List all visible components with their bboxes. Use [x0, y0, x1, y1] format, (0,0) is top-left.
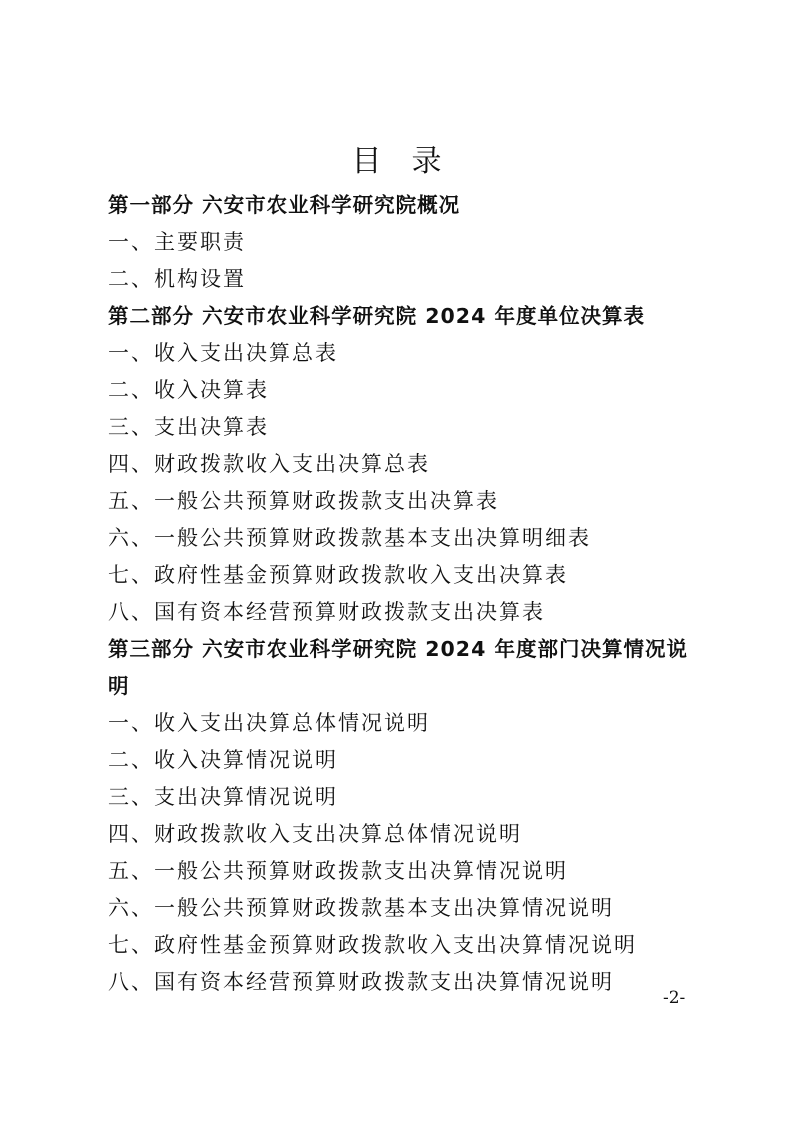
toc-item[interactable]: 一、收入支出决算总表 [108, 335, 698, 372]
toc-item[interactable]: 六、一般公共预算财政拨款基本支出决算情况说明 [108, 890, 698, 927]
table-of-contents: 第一部分 六安市农业科学研究院概况 一、主要职责 二、机构设置 第二部分 六安市… [108, 187, 698, 1001]
toc-item[interactable]: 四、财政拨款收入支出决算总表 [108, 446, 698, 483]
page-title: 目录 [0, 140, 793, 184]
toc-heading-part1[interactable]: 第一部分 六安市农业科学研究院概况 [108, 187, 698, 224]
toc-item[interactable]: 五、一般公共预算财政拨款支出决算情况说明 [108, 853, 698, 890]
toc-heading-part2[interactable]: 第二部分 六安市农业科学研究院 2024 年度单位决算表 [108, 298, 698, 335]
toc-heading-part3[interactable]: 第三部分 六安市农业科学研究院 2024 年度部门决算情况说明 [108, 631, 698, 705]
toc-item[interactable]: 七、政府性基金预算财政拨款收入支出决算情况说明 [108, 927, 698, 964]
toc-item[interactable]: 三、支出决算情况说明 [108, 779, 698, 816]
toc-item[interactable]: 五、一般公共预算财政拨款支出决算表 [108, 483, 698, 520]
toc-item[interactable]: 七、政府性基金预算财政拨款收入支出决算表 [108, 557, 698, 594]
toc-item[interactable]: 八、国有资本经营预算财政拨款支出决算情况说明 [108, 964, 698, 1001]
toc-item[interactable]: 六、一般公共预算财政拨款基本支出决算明细表 [108, 520, 698, 557]
toc-item[interactable]: 二、机构设置 [108, 261, 698, 298]
toc-item[interactable]: 一、收入支出决算总体情况说明 [108, 705, 698, 742]
toc-item[interactable]: 一、主要职责 [108, 224, 698, 261]
toc-item[interactable]: 二、收入决算表 [108, 372, 698, 409]
toc-item[interactable]: 四、财政拨款收入支出决算总体情况说明 [108, 816, 698, 853]
toc-item[interactable]: 二、收入决算情况说明 [108, 742, 698, 779]
toc-item[interactable]: 八、国有资本经营预算财政拨款支出决算表 [108, 594, 698, 631]
page-number: -2- [663, 988, 685, 1008]
toc-item[interactable]: 三、支出决算表 [108, 409, 698, 446]
